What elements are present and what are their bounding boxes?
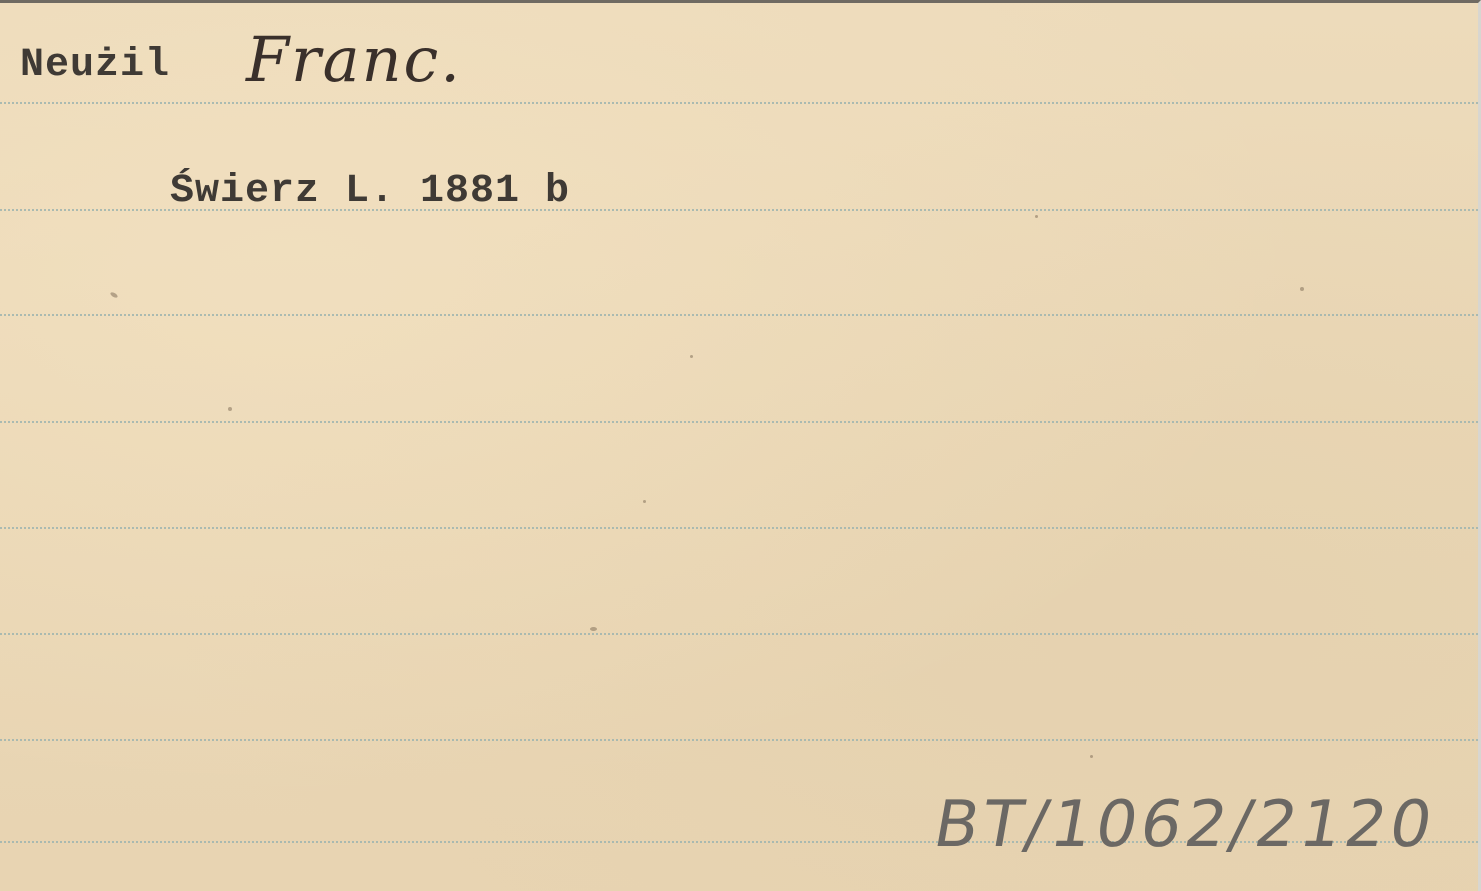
paper-fleck — [643, 500, 646, 503]
first-name-handwritten: Franc. — [246, 23, 462, 96]
paper-fleck — [1300, 287, 1304, 291]
paper-fleck — [110, 291, 119, 298]
ruled-line — [0, 314, 1478, 316]
paper-fleck — [690, 355, 693, 358]
surname-text: Neużil — [20, 43, 170, 88]
index-card: Neużil Franc. Świerz L. 1881 b BT/1062/2… — [0, 0, 1481, 891]
paper-fleck — [228, 407, 232, 411]
ruled-line — [0, 527, 1478, 529]
paper-fleck — [1090, 755, 1093, 758]
ruled-line — [0, 102, 1478, 104]
record-entry: Świerz L. 1881 b — [170, 169, 570, 214]
ruled-line — [0, 739, 1478, 741]
paper-fleck — [590, 627, 597, 631]
archive-signature: BT/1062/2120 — [928, 788, 1441, 862]
paper-fleck — [1035, 215, 1038, 218]
ruled-line — [0, 421, 1478, 423]
ruled-line — [0, 633, 1478, 635]
